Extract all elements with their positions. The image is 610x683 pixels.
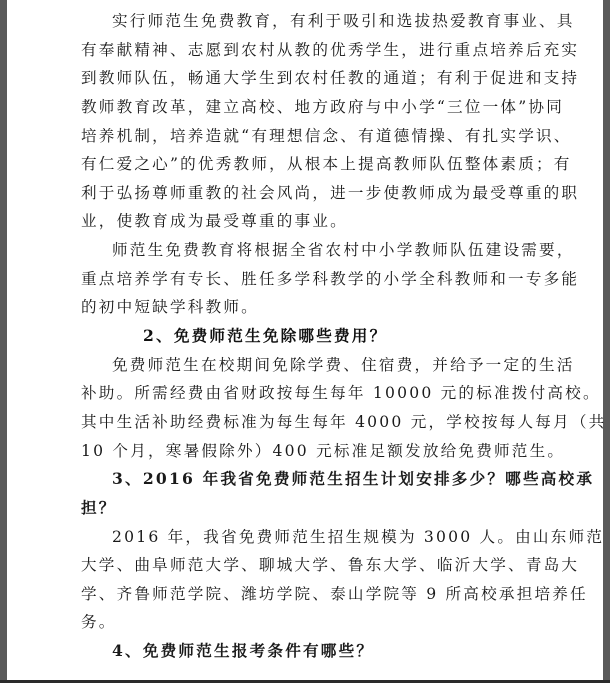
paragraph-enrollment-plan: 2016 年，我省免费师范生招生规模为 3000 人。由山东师范 大学、曲阜师范… xyxy=(81,523,529,638)
paragraph-benefits: 实行师范生免费教育，有利于吸引和选拔热爱教育事业、具 有奉献精神、志愿到农村从教… xyxy=(81,7,529,236)
heading-text: 2、免费师范生免除哪些费用？ xyxy=(81,322,529,351)
text-line: 学、齐鲁师范学院、潍坊学院、泰山学院等 9 所高校承担培养任 xyxy=(81,580,529,609)
paragraph-fee-exemption: 免费师范生在校期间免除学费、住宿费，并给予一定的生活 补助。所需经费由省财政按每… xyxy=(81,351,529,466)
viewer-left-border xyxy=(0,0,7,683)
text-line: 实行师范生免费教育，有利于吸引和选拔热爱教育事业、具 xyxy=(81,7,529,36)
text-line: 到教师队伍，畅通大学生到农村任教的通道；有利于促进和支持 xyxy=(81,64,529,93)
heading-text: 3、2016 年我省免费师范生招生计划安排多少？哪些高校承 xyxy=(81,465,529,494)
heading-question-3: 3、2016 年我省免费师范生招生计划安排多少？哪些高校承 担？ xyxy=(81,465,529,522)
text-line: 有奉献精神、志愿到农村从教的优秀学生，进行重点培养后充实 xyxy=(81,36,529,65)
text-line: 教师教育改革，建立高校、地方政府与中小学“三位一体”协同 xyxy=(81,93,529,122)
paragraph-training-focus: 师范生免费教育将根据全省农村中小学教师队伍建设需要， 重点培养学有专长、胜任多学… xyxy=(81,236,529,322)
heading-question-4: 4、免费师范生报考条件有哪些？ xyxy=(81,637,529,666)
text-line: 10 个月，寒暑假除外）400 元标准足额发放给免费师范生。 xyxy=(81,437,529,466)
heading-text: 4、免费师范生报考条件有哪些？ xyxy=(81,637,529,666)
text-line: 大学、曲阜师范大学、聊城大学、鲁东大学、临沂大学、青岛大 xyxy=(81,551,529,580)
viewer-right-border xyxy=(603,0,610,683)
text-line: 有仁爱之心”的优秀教师，从根本上提高教师队伍整体素质；有 xyxy=(81,150,529,179)
text-line: 务。 xyxy=(81,608,529,637)
text-line: 业，使教育成为最受尊重的事业。 xyxy=(81,207,529,236)
text-line: 利于弘扬尊师重教的社会风尚，进一步使教师成为最受尊重的职 xyxy=(81,179,529,208)
text-line: 补助。所需经费由省财政按每生每年 10000 元的标准拨付高校。 xyxy=(81,379,529,408)
document-body: 实行师范生免费教育，有利于吸引和选拔热爱教育事业、具 有奉献精神、志愿到农村从教… xyxy=(81,7,529,666)
heading-question-2: 2、免费师范生免除哪些费用？ xyxy=(81,322,529,351)
text-line: 免费师范生在校期间免除学费、住宿费，并给予一定的生活 xyxy=(81,351,529,380)
text-line: 师范生免费教育将根据全省农村中小学教师队伍建设需要， xyxy=(81,236,529,265)
text-line: 培养机制，培养造就“有理想信念、有道德情操、有扎实学识、 xyxy=(81,122,529,151)
text-line: 2016 年，我省免费师范生招生规模为 3000 人。由山东师范 xyxy=(81,523,529,552)
heading-text: 担？ xyxy=(81,494,529,523)
text-line: 重点培养学有专长、胜任多学科教学的小学全科教师和一专多能 xyxy=(81,265,529,294)
document-page: 实行师范生免费教育，有利于吸引和选拔热爱教育事业、具 有奉献精神、志愿到农村从教… xyxy=(7,0,603,680)
text-line: 的初中短缺学科教师。 xyxy=(81,293,529,322)
text-line: 其中生活补助经费标准为每生每年 4000 元，学校按每人每月（共 xyxy=(81,408,529,437)
